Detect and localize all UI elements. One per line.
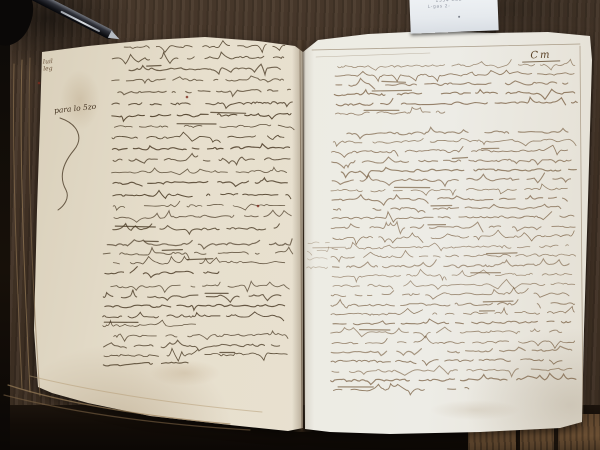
sticky-note-dot [458,16,460,18]
manuscript-photo: Cm Iuil leg para lo 5zo 1554 CSE L-gas 2… [0,0,600,450]
margin-note-small: Iuil leg [43,57,62,72]
sticky-note-text: L-gas 2- [428,4,451,11]
book-gutter [292,40,314,432]
folio-mark: Cm [522,49,560,62]
sticky-note: 1554 CSE L-gas 2- [409,0,498,34]
